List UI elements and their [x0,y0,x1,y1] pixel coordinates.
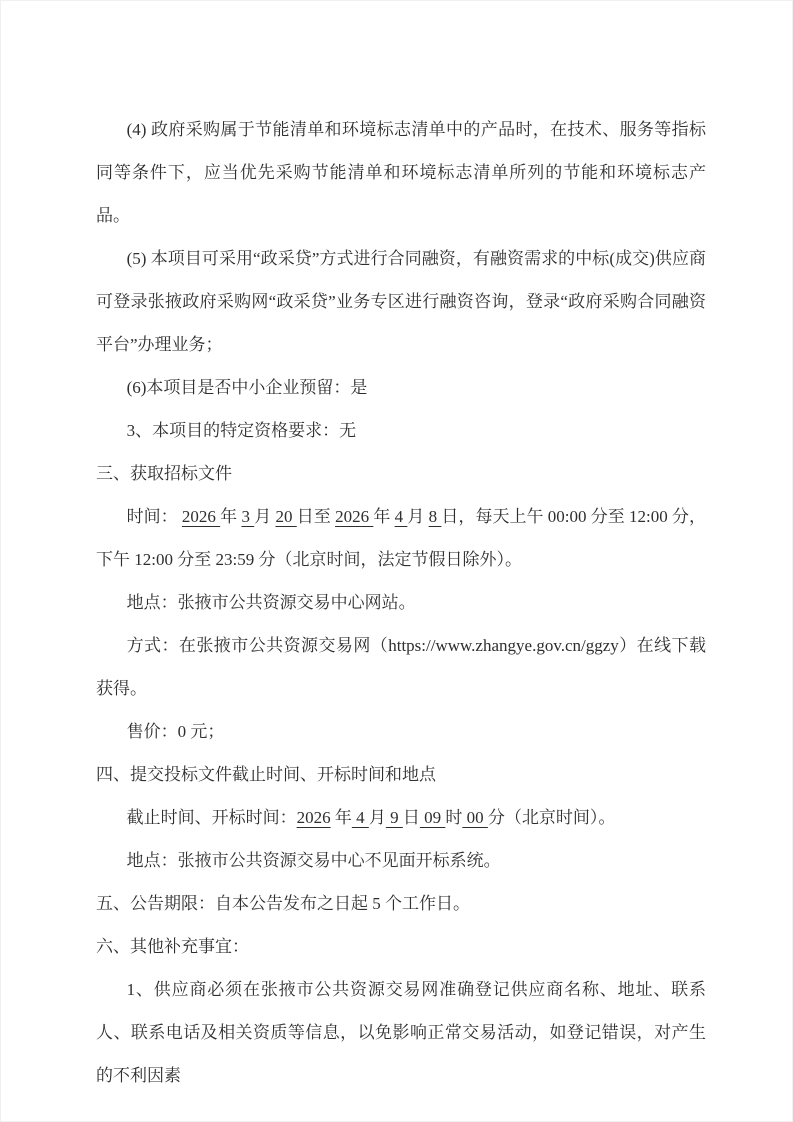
text-run: 月 [254,507,275,526]
para-item-6: (6)本项目是否中小企业预留：是 [96,366,706,409]
underlined-field: 9 [386,808,403,827]
underlined-field: 20 [276,507,297,526]
heading-section-3: 三、获取招标文件 [96,452,706,495]
text-run: 日 [403,808,420,827]
text-run: (6)本项目是否中小企业预留：是 [127,378,368,397]
text-run: 月 [369,808,386,827]
underlined-field: 8 [429,507,442,526]
text-run: 日至 [297,507,335,526]
underlined-field: 4 [352,808,369,827]
text-run: 年 [373,507,394,526]
text-run: (4) 政府采购属于节能清单和环境标志清单中的产品时，在技术、服务等指标同等条件… [96,120,706,225]
text-run: 分（北京时间）。 [488,808,616,827]
para-item-4: (4) 政府采购属于节能清单和环境标志清单中的产品时，在技术、服务等指标同等条件… [96,108,706,237]
text-run: 地点：张掖市公共资源交易中心网站。 [127,593,416,612]
text-run: 三、获取招标文件 [96,464,232,483]
text-run: 六、其他补充事宜： [96,937,249,956]
text-run: 时 [445,808,462,827]
text-run: 售价：0 元； [127,722,225,741]
para-deadline-time: 截止时间、开标时间：2026 年 4 月 9 日 09 时 00 分（北京时间）… [96,796,706,839]
text-run: 四、提交投标文件截止时间、开标时间和地点 [96,765,436,784]
text-run: 年 [220,507,241,526]
text-run: 1、供应商必须在张掖市公共资源交易网准确登记供应商名称、地址、联系人、联系电话及… [96,980,706,1085]
underlined-field: 00 [462,808,488,827]
text-run: 截止时间、开标时间： [127,808,297,827]
document-content: (4) 政府采购属于节能清单和环境标志清单中的产品时，在技术、服务等指标同等条件… [96,108,706,1097]
para-item-5: (5) 本项目可采用“政采贷”方式进行合同融资，有融资需求的中标(成交)供应商可… [96,237,706,366]
para-special-qualification: 3、本项目的特定资格要求：无 [96,409,706,452]
text-run: 年 [331,808,352,827]
text-run: 地点：张掖市公共资源交易中心不见面开标系统。 [127,851,501,870]
underlined-field: 4 [395,507,408,526]
text-run: 3、本项目的特定资格要求：无 [127,421,357,440]
text-run: 方式：在张掖市公共资源交易网（https://www.zhangye.gov.c… [96,636,706,698]
para-obtain-time: 时间： 2026 年 3 月 20 日至 2026 年 4 月 8 日，每天上午… [96,495,706,581]
document-page: (4) 政府采购属于节能清单和环境标志清单中的产品时，在技术、服务等指标同等条件… [0,0,793,1122]
underlined-field: 09 [420,808,446,827]
para-obtain-location: 地点：张掖市公共资源交易中心网站。 [96,581,706,624]
heading-section-5: 五、公告期限：自本公告发布之日起 5 个工作日。 [96,882,706,925]
underlined-field: 2026 [297,808,331,827]
text-run: 月 [407,507,428,526]
para-price: 售价：0 元； [96,710,706,753]
underlined-field: 3 [241,507,254,526]
text-run: 时间： [127,507,182,526]
para-opening-location: 地点：张掖市公共资源交易中心不见面开标系统。 [96,839,706,882]
para-supplement-1: 1、供应商必须在张掖市公共资源交易网准确登记供应商名称、地址、联系人、联系电话及… [96,968,706,1097]
para-obtain-method: 方式：在张掖市公共资源交易网（https://www.zhangye.gov.c… [96,624,706,710]
text-run: 五、公告期限：自本公告发布之日起 5 个工作日。 [96,894,470,913]
underlined-field: 2026 [182,507,220,526]
heading-section-6: 六、其他补充事宜： [96,925,706,968]
heading-section-4: 四、提交投标文件截止时间、开标时间和地点 [96,753,706,796]
text-run: (5) 本项目可采用“政采贷”方式进行合同融资，有融资需求的中标(成交)供应商可… [96,249,706,354]
underlined-field: 2026 [335,507,373,526]
